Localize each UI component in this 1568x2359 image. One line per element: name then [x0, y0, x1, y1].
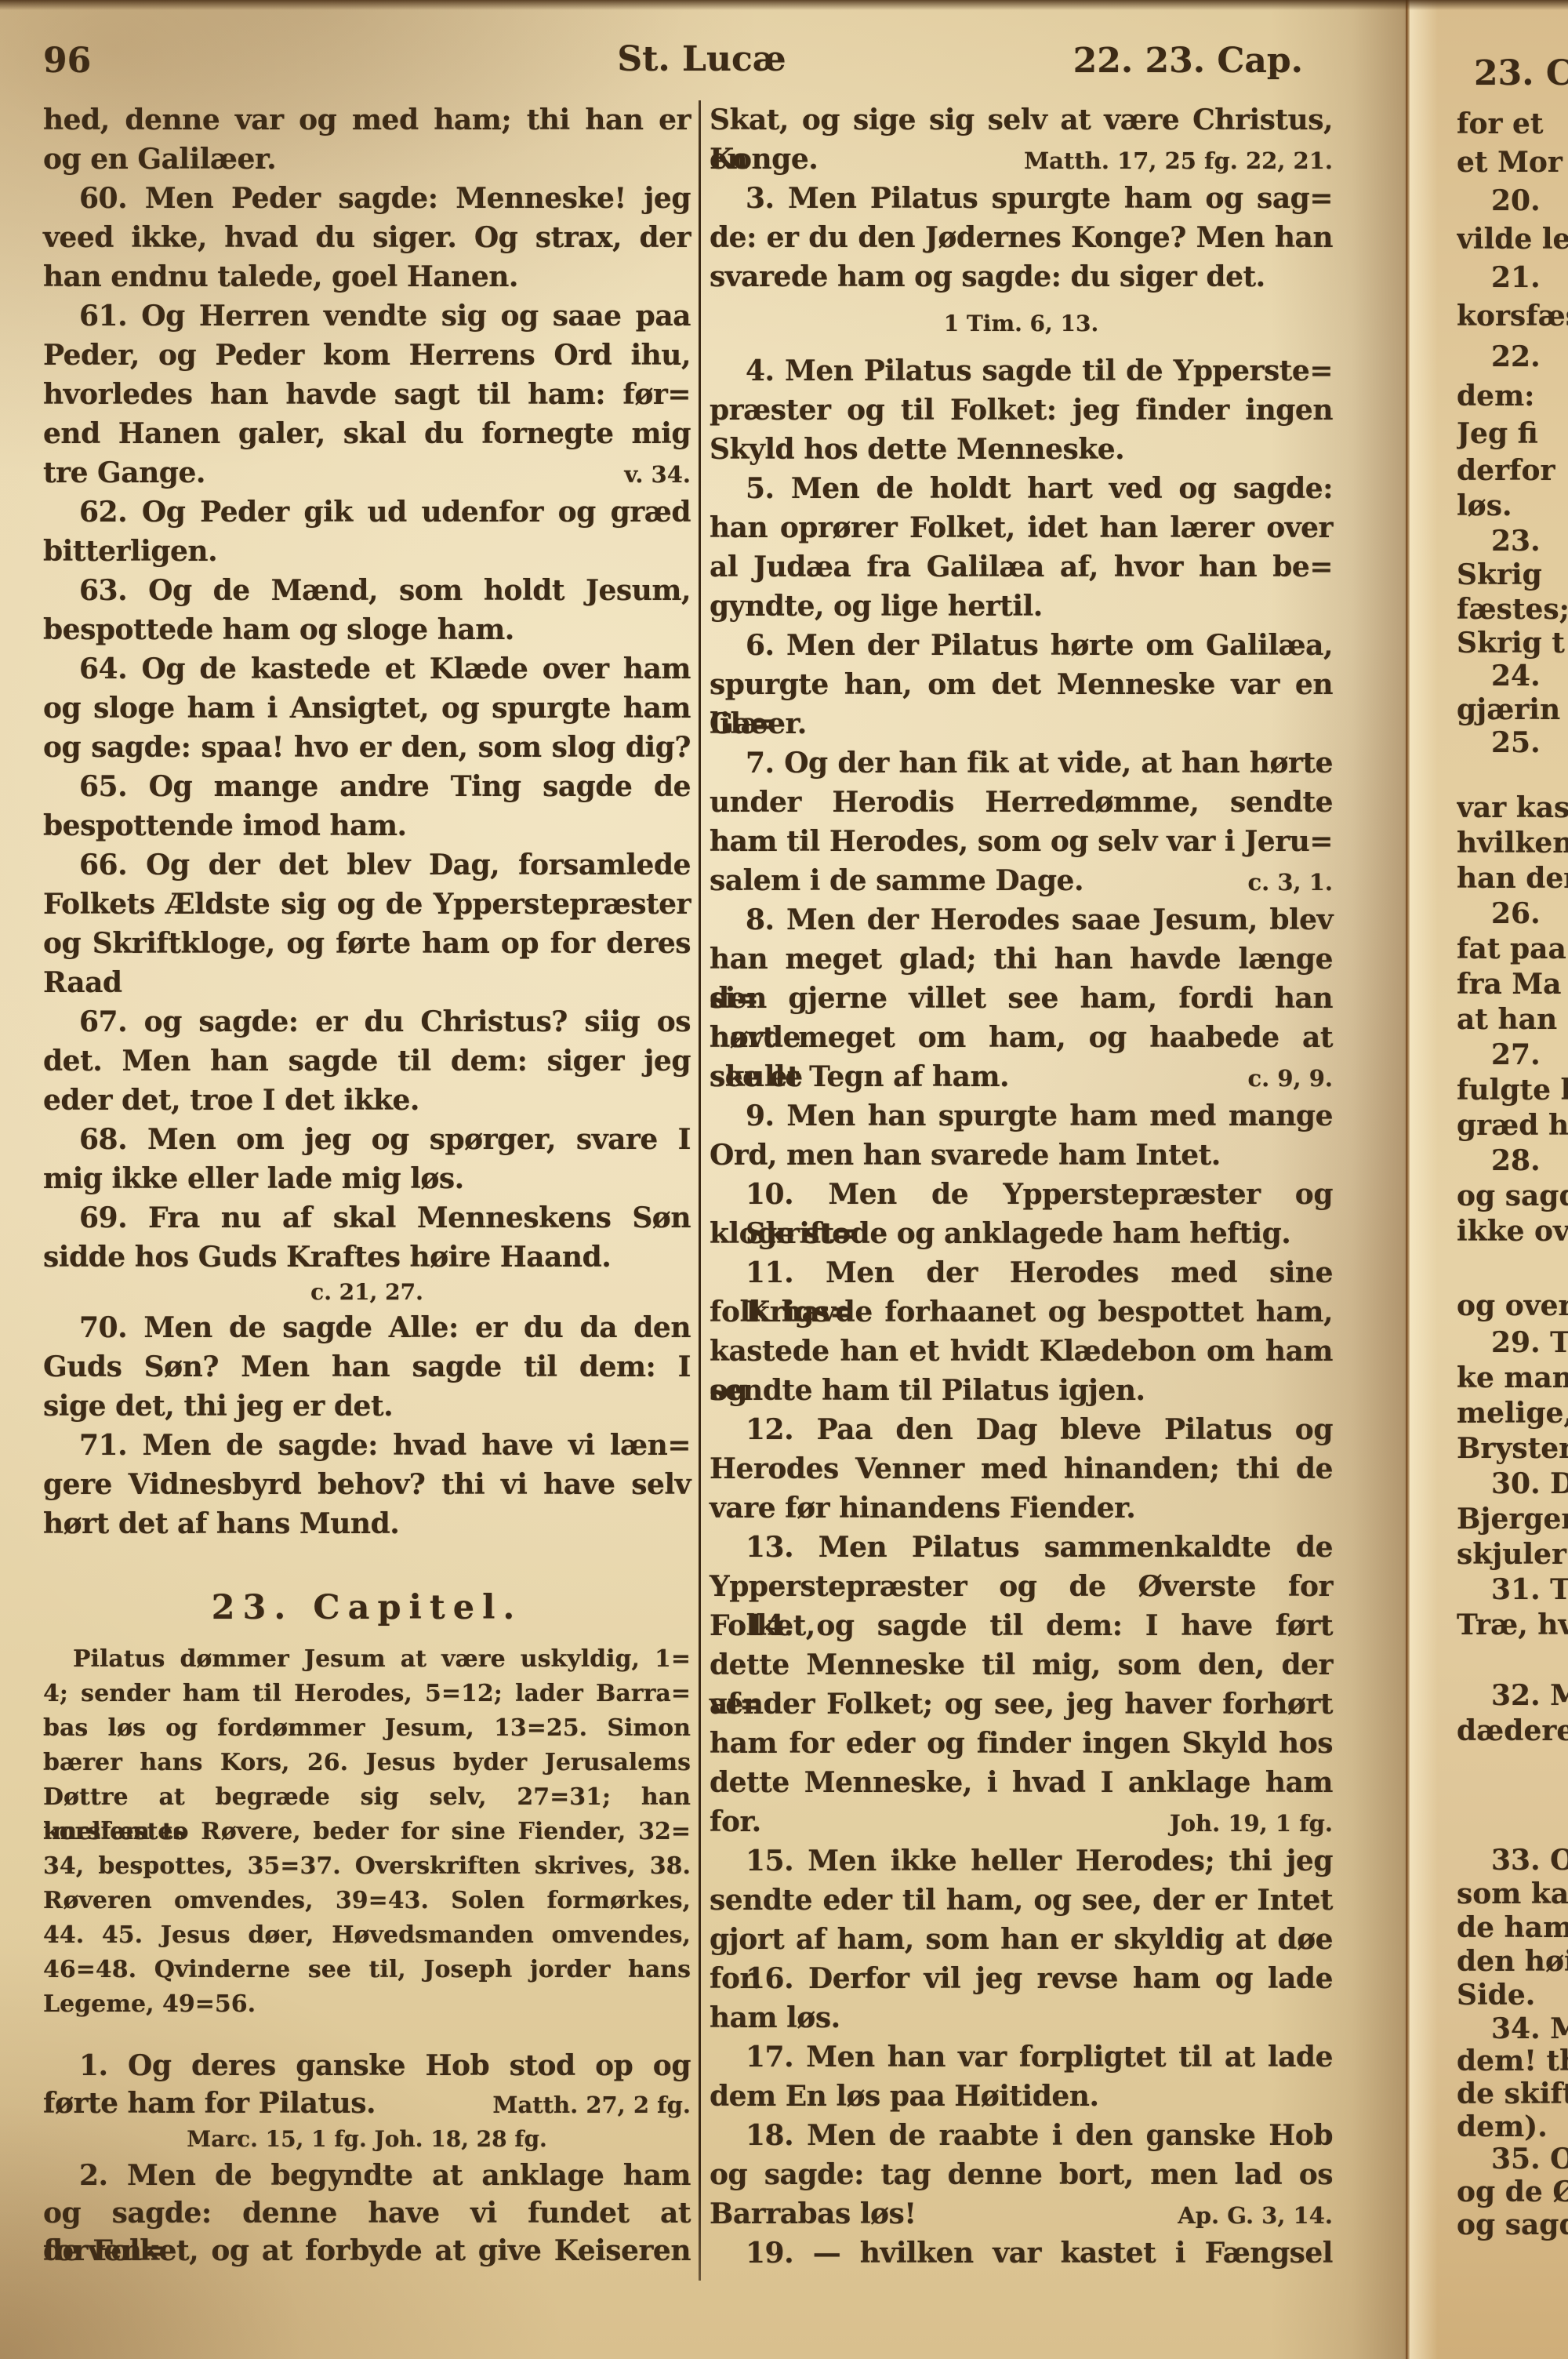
facing-page-text-fragment: 26.	[1457, 896, 1541, 932]
facing-page-text-fragment: og sagde	[1457, 1178, 1568, 1214]
text-line: og Skriftkloge, og førte ham op for dere…	[43, 924, 691, 963]
text-line: 70. Men de sagde Alle: er du da den	[43, 1308, 691, 1347]
text-line: see et Tegn af ham.c. 9, 9.	[710, 1057, 1333, 1096]
verse-text: Konge.	[710, 140, 818, 179]
text-line: 2. Men de begyndte at anklage ham	[43, 2157, 691, 2194]
cross-reference: c. 3, 1.	[1248, 863, 1334, 902]
text-line: han oprører Folket, idet han lærer over	[710, 508, 1333, 547]
text-line: for.Joh. 19, 1 fg.	[710, 1802, 1333, 1841]
cross-reference-line: c. 21, 27.	[43, 1277, 691, 1308]
text-line: sendte ham til Pilatus igjen.	[710, 1371, 1333, 1410]
facing-page-text-fragment: ikke ove	[1457, 1213, 1568, 1249]
text-line: Legeme, 49=56.	[43, 1987, 691, 2022]
facing-page-text-fragment: gjærin	[1457, 692, 1560, 728]
facing-page-text-fragment: dem! thi	[1457, 2043, 1568, 2079]
facing-page-text-fragment: løs.	[1457, 488, 1512, 524]
text-line: de Folket, og at forbyde at give Keisere…	[43, 2232, 691, 2270]
facing-page-text-fragment: dem:	[1457, 378, 1534, 414]
text-line: gyndte, og lige hertil.	[710, 587, 1333, 626]
verse-text: tre Gange.	[43, 453, 205, 493]
facing-page-text-fragment: ke man s	[1457, 1360, 1568, 1396]
facing-page-text-fragment: dædere f	[1457, 1713, 1568, 1749]
text-line: folk havde forhaanet og bespottet ham,	[710, 1292, 1333, 1332]
text-line: bitterligen.	[43, 532, 691, 571]
facing-page-text-fragment: derfor	[1457, 453, 1555, 489]
facing-page-text-fragment: 28.	[1457, 1143, 1541, 1179]
text-line: hørt meget om ham, og haabede at skulle	[710, 1018, 1333, 1057]
facing-page-text-fragment: melige,	[1457, 1395, 1568, 1431]
text-line: 65. Og mange andre Ting sagde de	[43, 767, 691, 806]
text-line: 4. Men Pilatus sagde til de Ypperste=	[710, 351, 1333, 391]
text-line: kloge stode og anklagede ham heftig.	[710, 1214, 1333, 1253]
text-line: Ypperstepræster og de Øverste for Folket…	[710, 1567, 1333, 1606]
facing-page-text-fragment: 20.	[1457, 183, 1541, 219]
text-line: end Hanen galer, skal du fornegte mig	[43, 414, 691, 453]
facing-page-text-fragment: 22.	[1457, 339, 1541, 375]
facing-page-text-fragment: 24.	[1457, 658, 1541, 694]
text-line: eder det, troe I det ikke.	[43, 1081, 691, 1120]
text-line: Konge.Matth. 17, 25 fg. 22, 21.	[710, 140, 1333, 179]
right-text-column: Skat, og sige sig selv at være Christus,…	[710, 100, 1333, 2273]
text-line: de: er du den Jødernes Konge? Men han	[710, 218, 1333, 257]
facing-page-text-fragment: for et	[1457, 106, 1544, 142]
text-line: og sagde: denne have vi fundet at forven…	[43, 2194, 691, 2232]
text-line: bespottede ham og sloge ham.	[43, 610, 691, 649]
text-line: 15. Men ikke heller Herodes; thi jeg	[710, 1841, 1333, 1881]
text-line: og sagde: tag denne bort, men lad os	[710, 2155, 1333, 2194]
facing-page-text-fragment: som kald	[1457, 1876, 1568, 1912]
text-line: 12. Paa den Dag bleve Pilatus og	[710, 1410, 1333, 1449]
spacer	[43, 1630, 691, 1642]
text-line: Pilatus dømmer Jesum at være uskyldig, 1…	[43, 1642, 691, 1677]
text-line: 60. Men Peder sagde: Menneske! jeg	[43, 179, 691, 218]
facing-page-text-fragment: Skrig	[1457, 557, 1542, 593]
cross-reference: Ap. G. 3, 14.	[1178, 2196, 1333, 2235]
text-line: 44. 45. Jesus døer, Høvedsmanden omvende…	[43, 1918, 691, 1953]
text-line: gjort af ham, som han er skyldig at døe …	[710, 1920, 1333, 1959]
facing-page-text-fragment: og sagde	[1457, 2207, 1568, 2243]
facing-page-text-fragment: 30. D	[1457, 1466, 1568, 1502]
facing-page-text-fragment: og de Øve	[1457, 2174, 1568, 2210]
text-line: han endnu talede, goel Hanen.	[43, 257, 691, 296]
text-line: 64. Og de kastede et Klæde over ham	[43, 649, 691, 689]
cross-reference: Matth. 27, 2 fg.	[492, 2086, 691, 2124]
facing-page-text-fragment: at han	[1457, 1001, 1557, 1038]
facing-page-text-fragment: hvilken	[1457, 825, 1568, 861]
text-line: 18. Men de raabte i den ganske Hob	[710, 2116, 1333, 2155]
text-line: vare før hinandens Fiender.	[710, 1488, 1333, 1528]
text-line: 11. Men der Herodes med sine Krigs=	[710, 1253, 1333, 1292]
facing-page-text-fragment: Bjergene	[1457, 1501, 1568, 1537]
text-line: dette Menneske til mig, som den, der af=	[710, 1645, 1333, 1685]
chapter-heading: 23. Capitel.	[43, 1587, 691, 1630]
facing-page-text-fragment: græd ha	[1457, 1107, 1568, 1143]
text-line: bærer hans Kors, 26. Jesus byder Jerusal…	[43, 1746, 691, 1780]
facing-page-text-fragment: vilde le	[1457, 221, 1568, 257]
text-line: spurgte han, om det Menneske var en Ga=	[710, 665, 1333, 704]
text-line: mig ikke eller lade mig løs.	[43, 1159, 691, 1198]
text-line: Folkets Ældste sig og de Ypperstepræster	[43, 885, 691, 924]
text-line: hed, denne var og med ham; thi han er	[43, 100, 691, 140]
facing-page-text-fragment: 25.	[1457, 725, 1541, 761]
text-line: al Judæa fra Galilæa af, hvor han be=	[710, 547, 1333, 587]
facing-page-text-fragment: fæstes;	[1457, 591, 1568, 627]
text-line: ham for eder og finder ingen Skyld hos	[710, 1724, 1333, 1763]
text-line: imellem to Røvere, beder for sine Fiende…	[43, 1815, 691, 1849]
text-line: og sloge ham i Ansigtet, og spurgte ham	[43, 689, 691, 728]
verse-text: for.	[710, 1802, 761, 1841]
text-line: gere Vidnesbyrd behov? thi vi have selv	[43, 1465, 691, 1504]
text-line: 1. Og deres ganske Hob stod op og	[43, 2047, 691, 2085]
text-line: svarede ham og sagde: du siger det.	[710, 257, 1333, 296]
text-line: ham løs.	[710, 1998, 1333, 2037]
text-line: 14. og sagde til dem: I have ført	[710, 1606, 1333, 1645]
text-line: sidde hos Guds Kraftes høire Haand.	[43, 1238, 691, 1277]
text-line: 61. Og Herren vendte sig og saae paa	[43, 296, 691, 336]
text-line: 8. Men der Herodes saae Jesum, blev	[710, 900, 1333, 940]
verse-text: Barrabas løs!	[710, 2194, 916, 2234]
verse-text: see et Tegn af ham.	[710, 1057, 1009, 1096]
text-line: 67. og sagde: er du Christus? siig os	[43, 1002, 691, 1041]
text-line: dem En løs paa Høitiden.	[710, 2077, 1333, 2116]
text-line: Røveren omvendes, 39=43. Solen formørkes…	[43, 1884, 691, 1918]
facing-page-text-fragment: korsfæs	[1457, 298, 1568, 334]
facing-page-text-fragment: skjuler o	[1457, 1536, 1568, 1572]
text-line: 17. Men han var forpligtet til at lade	[710, 2037, 1333, 2077]
text-line: 71. Men de sagde: hvad have vi læn=	[43, 1426, 691, 1465]
cross-reference: Matth. 17, 25 fg. 22, 21.	[1024, 141, 1333, 180]
chapter-range-header: 22. 23. Cap.	[941, 41, 1303, 81]
spacer	[43, 1543, 691, 1587]
cross-reference: Joh. 19, 1 fg.	[1170, 1804, 1333, 1843]
text-line: kastede han et hvidt Klædebon om ham og	[710, 1332, 1333, 1371]
facing-page-text-fragment: 33. O	[1457, 1842, 1568, 1878]
facing-page-text-fragment: 27.	[1457, 1037, 1541, 1073]
facing-page-text-fragment: Skrig t	[1457, 625, 1565, 661]
facing-page-text-fragment: 21.	[1457, 260, 1541, 296]
facing-page-text-fragment: dem).	[1457, 2109, 1548, 2145]
facing-page-text-fragment: et Mor	[1457, 144, 1563, 180]
text-line: sendte eder til ham, og see, der er Inte…	[710, 1881, 1333, 1920]
cross-reference-line: 1 Tim. 6, 13.	[710, 296, 1333, 351]
facing-page-text-fragment: fulgte h	[1457, 1072, 1568, 1108]
text-line: og en Galilæer.	[43, 140, 691, 179]
text-line: dette Menneske, i hvad I anklage ham	[710, 1763, 1333, 1802]
text-line: Skat, og sige sig selv at være Christus,…	[710, 100, 1333, 140]
verse-text: førte ham for Pilatus.	[43, 2085, 376, 2122]
text-line: 68. Men om jeg og spørger, svare I	[43, 1120, 691, 1159]
verse-text: salem i de samme Dage.	[710, 861, 1083, 900]
text-line: Barrabas løs!Ap. G. 3, 14.	[710, 2194, 1333, 2234]
facing-page-text-fragment: fra Ma	[1457, 966, 1562, 1002]
facing-page-text-fragment: Jeg fi	[1457, 416, 1538, 452]
text-line: Ord, men han svarede ham Intet.	[710, 1136, 1333, 1175]
column-divider-rule	[699, 100, 701, 2281]
facing-page-text-fragment: 32. M	[1457, 1677, 1568, 1714]
text-line: vender Folket; og see, jeg haver forhørt	[710, 1685, 1333, 1724]
text-line: veed ikke, hvad du siger. Og strax, der	[43, 218, 691, 257]
text-line: 6. Men der Pilatus hørte om Galilæa,	[710, 626, 1333, 665]
text-line: den gjerne villet see ham, fordi han hav…	[710, 979, 1333, 1018]
text-line: Guds Søn? Men han sagde til dem: I	[43, 1347, 691, 1387]
text-line: tre Gange.v. 34.	[43, 453, 691, 493]
text-line: Skyld hos dette Menneske.	[710, 430, 1333, 469]
facing-page-text-fragment: de skiftede	[1457, 2076, 1568, 2112]
facing-page-text-fragment: var kas	[1457, 790, 1568, 826]
facing-page-column: for et et Mor20. vilde le21. korsfæs22. …	[1457, 0, 1568, 2359]
facing-page-text-fragment: 34. M	[1457, 2011, 1568, 2047]
text-line: førte ham for Pilatus.Matth. 27, 2 fg.	[43, 2085, 691, 2122]
book-photo: { "page": { "number": "96", "header_cent…	[0, 0, 1568, 2359]
text-line: 34, bespottes, 35=37. Overskriften skriv…	[43, 1849, 691, 1884]
facing-page-text-fragment: 23.	[1457, 523, 1541, 559]
text-line: Herodes Venner med hinanden; thi de	[710, 1449, 1333, 1488]
facing-page-text-fragment: Side.	[1457, 1977, 1535, 2013]
photo-top-edge	[0, 0, 1568, 10]
text-line: og sagde: spaa! hvo er den, som slog dig…	[43, 728, 691, 767]
text-line: hørt det af hans Mund.	[43, 1504, 691, 1543]
text-line: det. Men han sagde til dem: siger jeg	[43, 1041, 691, 1081]
text-line: sige det, thi jeg er det.	[43, 1387, 691, 1426]
facing-page-text-fragment: den høire	[1457, 1943, 1568, 1979]
spacer	[43, 2022, 691, 2047]
text-line: 46=48. Qvinderne see til, Joseph jorder …	[43, 1953, 691, 1987]
facing-page-text-fragment: fat paa	[1457, 931, 1566, 967]
text-line: Raad	[43, 963, 691, 1002]
facing-page-text-fragment: han der	[1457, 860, 1568, 896]
facing-page-text-fragment: 35. Og	[1457, 2141, 1568, 2177]
text-line: 16. Derfor vil jeg revse ham og lade	[710, 1959, 1333, 1998]
text-line: under Herodis Herredømme, sendte han	[710, 783, 1333, 822]
text-line: 3. Men Pilatus spurgte ham og sag=	[710, 179, 1333, 218]
facing-page-text-fragment: Træ, hva	[1457, 1607, 1568, 1643]
facing-page-text-fragment: og over	[1457, 1288, 1568, 1324]
cross-reference-line: Marc. 15, 1 fg. Joh. 18, 28 fg.	[43, 2122, 691, 2157]
text-line: 9. Men han spurgte ham med mange	[710, 1096, 1333, 1136]
text-line: 4; sender ham til Herodes, 5=12; lader B…	[43, 1677, 691, 1711]
text-line: bespottende imod ham.	[43, 806, 691, 845]
text-line: ham til Herodes, som og selv var i Jeru=	[710, 822, 1333, 861]
text-line: lilæer.	[710, 704, 1333, 743]
facing-page-text-fragment: 29. T	[1457, 1325, 1568, 1361]
cross-reference: c. 9, 9.	[1248, 1059, 1334, 1098]
text-line: hvorledes han havde sagt til ham: før=	[43, 375, 691, 414]
text-line: 62. Og Peder gik ud udenfor og græd	[43, 493, 691, 532]
text-line: bas løs og fordømmer Jesum, 13=25. Simon	[43, 1711, 691, 1746]
text-line: han meget glad; thi han havde længe si=	[710, 940, 1333, 979]
cross-reference: v. 34.	[624, 455, 691, 494]
text-line: 63. Og de Mænd, som holdt Jesum,	[43, 571, 691, 610]
text-line: 10. Men de Ypperstepræster og Skrift=	[710, 1175, 1333, 1214]
text-line: 66. Og der det blev Dag, forsamlede	[43, 845, 691, 885]
facing-page-text-fragment: Bryster,	[1457, 1430, 1568, 1467]
facing-page-text-fragment: 31. T	[1457, 1572, 1568, 1608]
text-line: salem i de samme Dage.c. 3, 1.	[710, 861, 1333, 900]
text-line: 5. Men de holdt hart ved og sagde:	[710, 469, 1333, 508]
text-line: 69. Fra nu af skal Menneskens Søn	[43, 1198, 691, 1238]
text-line: præster og til Folket: jeg finder ingen	[710, 391, 1333, 430]
text-line: Døttre at begræde sig selv, 27=31; han k…	[43, 1780, 691, 1815]
text-line: 19. — hvilken var kastet i Fængsel	[710, 2234, 1333, 2273]
text-line: 7. Og der han fik at vide, at han hørte	[710, 743, 1333, 783]
left-text-column: hed, denne var og med ham; thi han erog …	[43, 100, 691, 2270]
text-line: 13. Men Pilatus sammenkaldte de	[710, 1528, 1333, 1567]
text-line: Peder, og Peder kom Herrens Ord ihu,	[43, 336, 691, 375]
facing-page-text-fragment: de ham d	[1457, 1910, 1568, 1946]
